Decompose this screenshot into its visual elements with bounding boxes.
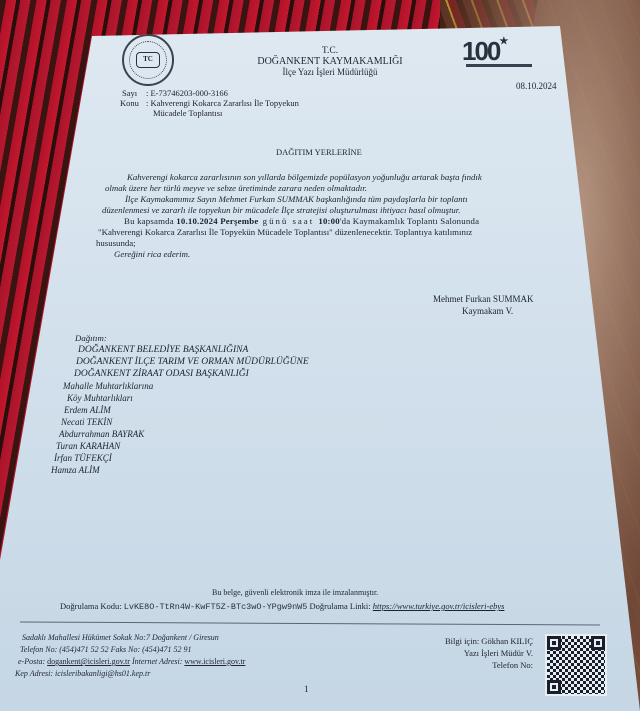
distribution-item: DOĞANKENT BELEDİYE BAŞKANLIĞINA <box>78 345 248 355</box>
distribution-item: Turan KARAHAN <box>56 441 120 451</box>
logo-tagline <box>466 64 532 67</box>
anniversary-100-logo: 100★ <box>462 36 508 67</box>
info-title: Yazı İşleri Müdür V. <box>333 648 533 658</box>
verification-line: Doğrulama Kodu: LvKE8O-TtRn4W-KwFT5Z-BTc… <box>60 601 504 612</box>
meeting-time: 10:00 <box>318 216 340 226</box>
closing-line: Gereğini rica ederim. <box>114 249 190 259</box>
signer-name: Mehmet Furkan SUMMAK <box>433 294 534 304</box>
distribution-item: Abdurrahman BAYRAK <box>59 429 144 439</box>
distribution-label: Dağıtım: <box>75 333 107 343</box>
body-paragraph-2-cont: düzenlenmesi ve zararlı ile topyekun bir… <box>102 205 460 215</box>
info-phone: Telefon No: <box>333 660 533 670</box>
distribution-item: Necati TEKİN <box>61 417 112 427</box>
body-paragraph-3: Bu kapsamda 10.10.2024 Perşembe günü saa… <box>124 216 479 226</box>
footer-address: Sadaklı Mahallesi Hükümet Sokak No:7 Doğ… <box>22 633 219 642</box>
verification-link[interactable]: https://www.turkiye.gov.tr/icisleri-ebys <box>373 601 505 611</box>
body-paragraph-2: İlçe Kaymakamımız Sayın Mehmet Furkan SU… <box>125 194 468 204</box>
addressee-heading: DAĞITIM YERLERİNE <box>276 147 362 157</box>
seal-emblem: TC <box>136 52 160 68</box>
verification-code: LvKE8O-TtRn4W-KwFT5Z-BTc3wO-YPgw9nW5 <box>124 602 308 612</box>
official-letter: TC 100★ T.C. DOĞANKENT KAYMAKAMLIĞI İlçe… <box>0 0 640 711</box>
website-link[interactable]: www.icisleri.gov.tr <box>184 657 245 666</box>
sayi-label: Sayı <box>122 88 137 98</box>
esign-note: Bu belge, güvenli elektronik imza ile im… <box>212 588 378 597</box>
body-paragraph-1: Kahverengi kokarca zararlısının son yıll… <box>127 172 482 182</box>
distribution-item: Hamza ALİM <box>51 465 100 475</box>
sayi-value: : E-73746203-000-3166 <box>146 88 228 98</box>
distribution-item: Erdem ALİM <box>64 405 111 415</box>
footer-phone: Telefon No: (454)471 52 52 Faks No: (454… <box>20 645 191 654</box>
body-paragraph-1-cont: olmak üzere her türlü meyve ve sebze üre… <box>105 183 367 193</box>
distribution-item: DOĞANKENT İLÇE TARIM VE ORMAN MÜDÜRLÜĞÜN… <box>76 357 309 367</box>
konu-value-continued: Mücadele Toplantısı <box>153 108 222 118</box>
page-number: 1 <box>304 684 309 694</box>
email-link[interactable]: dogankent@icisleri.gov.tr <box>47 657 130 666</box>
organization-title: DOĞANKENT KAYMAKAMLIĞI <box>250 56 410 67</box>
department-title: İlçe Yazı İşleri Müdürlüğü <box>250 67 410 77</box>
distribution-item: Köy Muhtarlıkları <box>67 393 133 403</box>
qr-code-icon <box>545 634 607 696</box>
footer-contact: e-Posta: dogankent@icisleri.gov.tr İnter… <box>18 657 245 666</box>
distribution-item: İrfan TÜFEKÇİ <box>54 453 112 463</box>
country-label: T.C. <box>250 46 410 56</box>
qr-finder <box>547 636 561 650</box>
document-date: 08.10.2024 <box>516 81 557 91</box>
footer-divider <box>20 621 600 625</box>
konu-value: : Kahverengi Kokarca Zararlısı İle Topye… <box>146 98 299 108</box>
distribution-item: Mahalle Muhtarlıklarına <box>63 381 153 391</box>
body-paragraph-3-cont: "Kahverengi Kokarca Zararlısı İle Topyek… <box>98 227 472 237</box>
signer-title: Kaymakam V. <box>462 306 513 316</box>
ministry-seal-icon: TC <box>122 34 174 86</box>
meeting-date: 10.10.2024 Perşembe <box>176 216 258 226</box>
qr-finder <box>591 636 605 650</box>
star-crescent-icon: ★ <box>499 36 508 47</box>
info-contact: Bilgi için: Gökhan KILIÇ <box>333 636 533 646</box>
konu-label: Konu <box>120 98 139 108</box>
qr-finder <box>547 680 561 694</box>
body-paragraph-3-end: hususunda; <box>96 238 136 248</box>
footer-kep: Kep Adresi: icisleribakanligi@hs01.kep.t… <box>15 669 150 678</box>
distribution-item: DOĞANKENT ZİRAAT ODASI BAŞKANLIĞI <box>74 369 249 379</box>
